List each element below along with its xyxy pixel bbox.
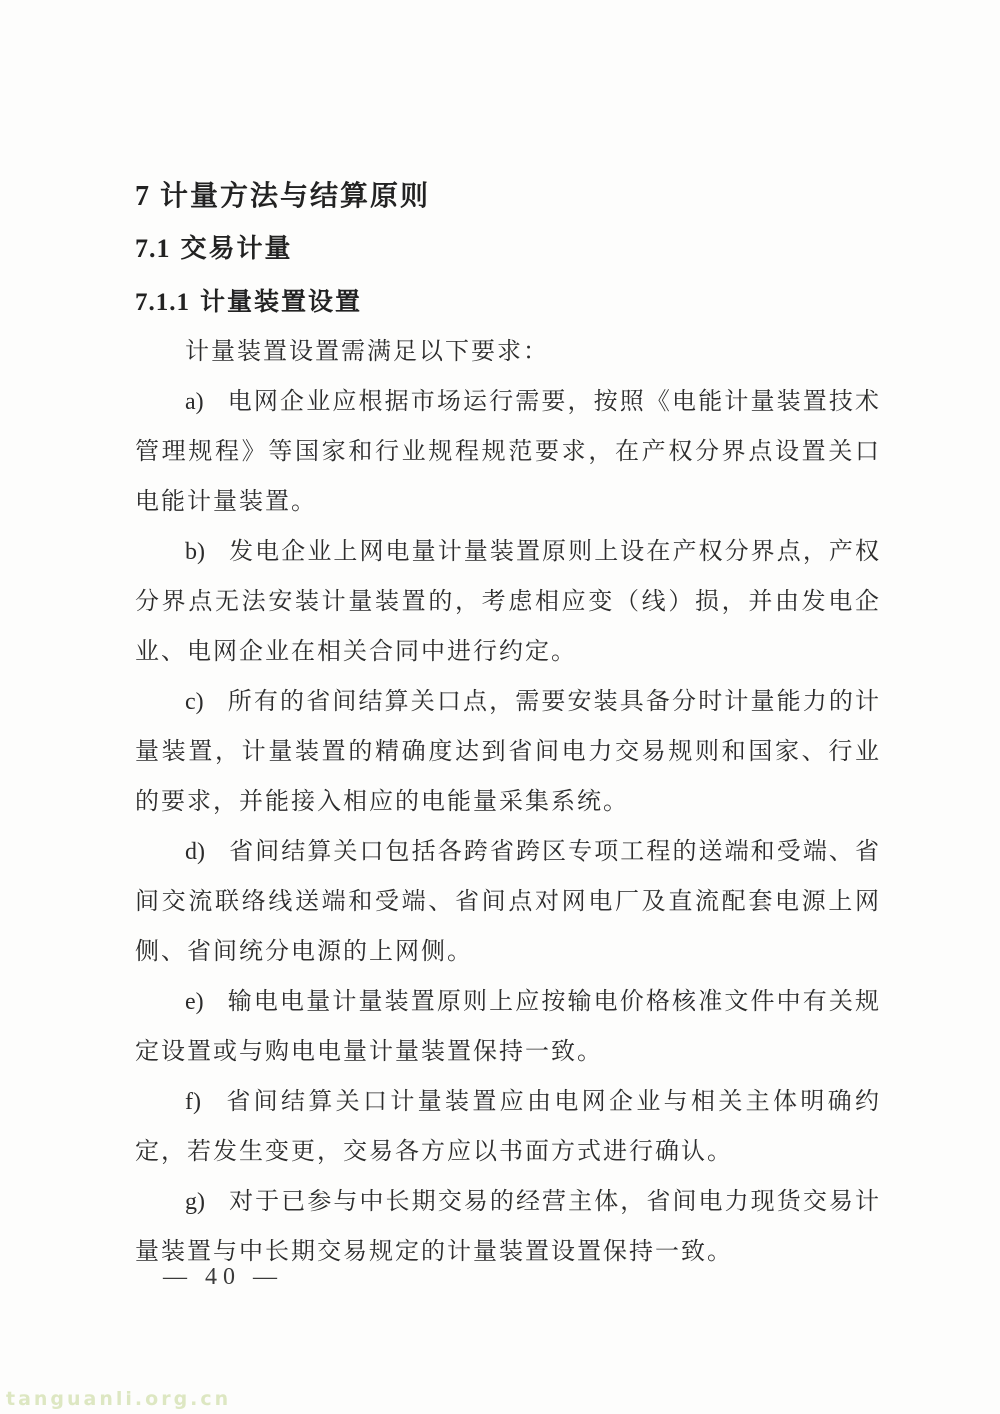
list-item-a: a)电网企业应根据市场运行需要，按照《电能计量装置技术管理规程》等国家和行业规程… bbox=[135, 377, 881, 527]
list-item-d: d)省间结算关口包括各跨省跨区专项工程的送端和受端、省间交流联络线送端和受端、省… bbox=[135, 827, 881, 977]
watermark-text: tanguanli.org.cn bbox=[6, 1388, 231, 1410]
subsubsection-number: 7.1.1 bbox=[135, 289, 190, 316]
subsection-number: 7.1 bbox=[135, 234, 171, 263]
list-item-g: g)对于已参与中长期交易的经营主体，省间电力现货交易计量装置与中长期交易规定的计… bbox=[135, 1177, 881, 1277]
document-page: 7计量方法与结算原则 7.1交易计量 7.1.1计量装置设置 计量装置设置需满足… bbox=[0, 0, 1000, 1414]
item-label-f: f) bbox=[185, 1089, 201, 1115]
page-number: — 40 — bbox=[163, 1264, 283, 1291]
item-text-b: 发电企业上网电量计量装置原则上设在产权分界点，产权分界点无法安装计量装置的，考虑… bbox=[135, 539, 881, 665]
item-text-d: 省间结算关口包括各跨省跨区专项工程的送端和受端、省间交流联络线送端和受端、省间点… bbox=[135, 839, 881, 965]
list-item-c: c)所有的省间结算关口点，需要安装具备分时计量能力的计量装置，计量装置的精确度达… bbox=[135, 677, 881, 827]
item-text-f: 省间结算关口计量装置应由电网企业与相关主体明确约定，若发生变更，交易各方应以书面… bbox=[135, 1089, 881, 1165]
list-item-f: f)省间结算关口计量装置应由电网企业与相关主体明确约定，若发生变更，交易各方应以… bbox=[135, 1077, 881, 1177]
subsection-title: 交易计量 bbox=[181, 233, 293, 263]
subsection-heading-7-1: 7.1交易计量 bbox=[135, 233, 881, 264]
item-label-c: c) bbox=[185, 689, 204, 715]
page-content: 7计量方法与结算原则 7.1交易计量 7.1.1计量装置设置 计量装置设置需满足… bbox=[135, 180, 881, 1277]
section-number: 7 bbox=[135, 181, 150, 212]
item-text-a: 电网企业应根据市场运行需要，按照《电能计量装置技术管理规程》等国家和行业规程规范… bbox=[135, 389, 881, 515]
item-text-g: 对于已参与中长期交易的经营主体，省间电力现货交易计量装置与中长期交易规定的计量装… bbox=[135, 1189, 881, 1265]
section-title: 计量方法与结算原则 bbox=[160, 180, 430, 211]
list-item-b: b)发电企业上网电量计量装置原则上设在产权分界点，产权分界点无法安装计量装置的，… bbox=[135, 527, 881, 677]
list-item-e: e)输电电量计量装置原则上应按输电价格核准文件中有关规定设置或与购电电量计量装置… bbox=[135, 977, 881, 1077]
item-label-d: d) bbox=[185, 839, 205, 865]
item-text-e: 输电电量计量装置原则上应按输电价格核准文件中有关规定设置或与购电电量计量装置保持… bbox=[135, 989, 881, 1065]
intro-paragraph: 计量装置设置需满足以下要求： bbox=[135, 327, 881, 377]
section-heading-7: 7计量方法与结算原则 bbox=[135, 180, 881, 213]
item-label-g: g) bbox=[185, 1189, 205, 1215]
item-label-e: e) bbox=[185, 989, 204, 1015]
subsubsection-title: 计量装置设置 bbox=[200, 288, 362, 316]
item-label-a: a) bbox=[185, 389, 204, 415]
body-text: 计量装置设置需满足以下要求： a)电网企业应根据市场运行需要，按照《电能计量装置… bbox=[135, 327, 881, 1277]
item-text-c: 所有的省间结算关口点，需要安装具备分时计量能力的计量装置，计量装置的精确度达到省… bbox=[135, 689, 881, 815]
item-label-b: b) bbox=[185, 539, 205, 565]
subsubsection-heading-7-1-1: 7.1.1计量装置设置 bbox=[135, 288, 881, 317]
